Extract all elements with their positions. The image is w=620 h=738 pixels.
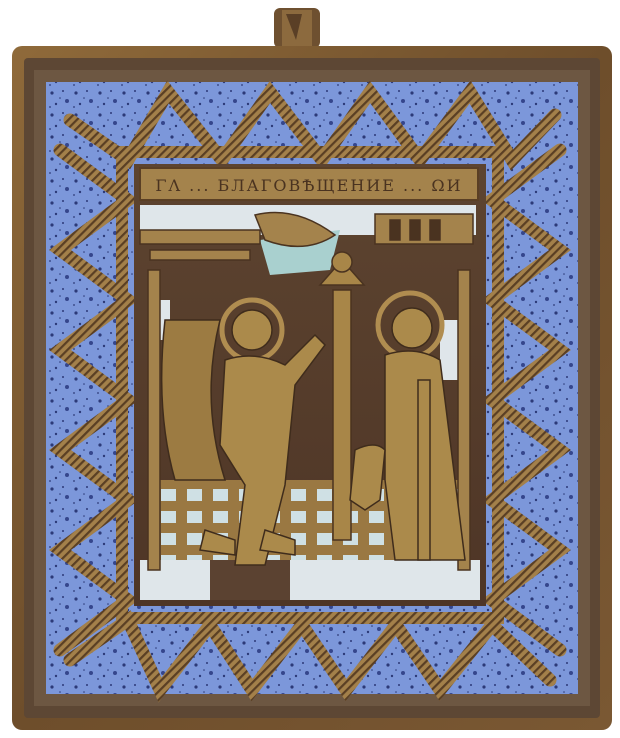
inscription-text: ΓΛ ... БЛАГОВѢЩЕНИЕ ... ΩИ <box>155 176 462 195</box>
icon-photograph: ΓΛ ... БЛАГОВѢЩЕНИЕ ... ΩИ <box>0 0 620 738</box>
inscription-plate: ΓΛ ... БЛАГОВѢЩЕНИЕ ... ΩИ <box>140 168 478 200</box>
suspension-loop <box>274 8 320 48</box>
